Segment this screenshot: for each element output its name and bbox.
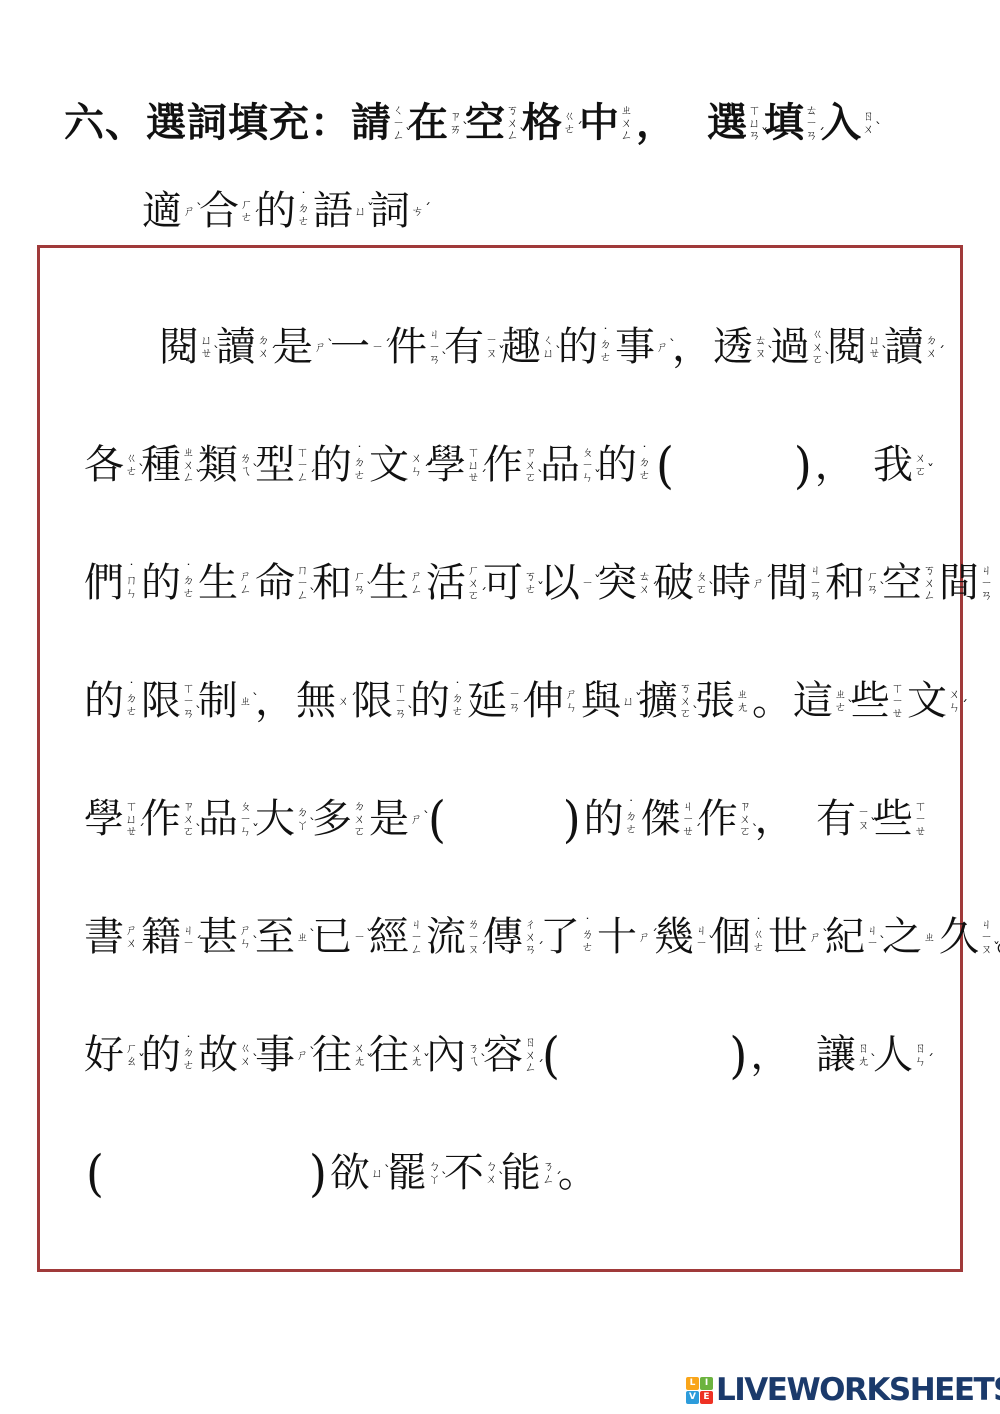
char-unit: 間ㄐㄧㄢ xyxy=(768,561,824,605)
char-unit: 無ㄨˊ xyxy=(296,679,352,723)
tone-mark: ˇ xyxy=(761,128,768,142)
zhuyin-annotation: ㄩㄝˋ xyxy=(868,334,881,359)
han-char: 容 xyxy=(483,1033,523,1077)
logo-tile-i: I xyxy=(700,1377,713,1390)
paren-unit: ( xyxy=(540,1030,562,1081)
han-char: 學 xyxy=(426,443,466,487)
tone-mark: ˋ xyxy=(519,128,526,142)
char-unit: ， xyxy=(815,443,855,487)
zhuyin-annotation: ㄖㄨㄥˊ xyxy=(524,1036,537,1074)
char-unit: 張ㄓㄤ xyxy=(695,679,751,723)
char-unit: 故ㄍㄨˋ xyxy=(198,1033,254,1077)
zhuyin-annotation: ㄨㄣˊ xyxy=(410,452,423,477)
char-unit: 是ㄕˋ xyxy=(369,797,425,841)
zhuyin-annotation: ㄒㄩㄝˊ xyxy=(467,446,480,484)
han-char: 作 xyxy=(141,797,181,841)
char-unit: 作ㄗㄨㄛˋ xyxy=(483,443,539,487)
tone-mark: ˊ xyxy=(384,339,391,353)
char-unit: 容ㄖㄨㄥˊ xyxy=(483,1033,539,1077)
han-char: 不 xyxy=(444,1151,484,1195)
han-char: 大 xyxy=(255,797,295,841)
zhuyin-annotation: ㄓˋ xyxy=(239,695,252,708)
zhuyin-annotation: ㄨˊ xyxy=(337,695,350,708)
char-unit: 至ㄓˋ xyxy=(255,915,311,959)
title-line-2: 適ㄕˋ合ㄏㄜˊ的˙ㄉㄜ語ㄩˇ詞ㄘˊ xyxy=(142,180,427,242)
tone-mark: ˇ xyxy=(366,929,373,943)
zhuyin-annotation: ㄧˇ xyxy=(581,577,594,590)
zhuyin-annotation: ˙ㄉㄜ xyxy=(451,685,464,717)
zhuyin-annotation: ㄖㄣˊ xyxy=(914,1042,927,1067)
char-unit: 讓ㄖㄤˋ xyxy=(816,1033,872,1077)
han-char: 讀 xyxy=(884,325,924,369)
han-char: 延 xyxy=(467,679,507,723)
char-unit: 的˙ㄉㄜ xyxy=(558,325,614,369)
han-char: 經 xyxy=(369,915,409,959)
han-char: 空 xyxy=(882,561,922,605)
logo-tile-l: L xyxy=(686,1377,699,1390)
zhuyin-annotation: ㄖㄨˋ xyxy=(862,110,875,135)
han-char: 十 xyxy=(597,915,637,959)
zhuyin-annotation: ㄐㄧˊ xyxy=(182,924,195,949)
zhuyin-annotation: ㄕㄥ xyxy=(239,570,252,595)
han-char: 往 xyxy=(312,1033,352,1077)
han-char: 傑 xyxy=(641,797,681,841)
han-char: 過 xyxy=(770,325,810,369)
han-char: 是 xyxy=(369,797,409,841)
zhuyin-annotation: ㄓㄜˋ xyxy=(834,688,847,713)
han-char: 突 xyxy=(597,561,637,605)
zhuyin-annotation: ㄨㄤˇ xyxy=(410,1042,423,1067)
tone-mark: ˇ xyxy=(138,1054,145,1068)
zhuyin-annotation: ˙ㄉㄜ xyxy=(625,803,638,835)
char-unit: 各ㄍㄜˋ xyxy=(84,443,140,487)
tone-mark: ˋ xyxy=(824,352,831,366)
han-char: 。 xyxy=(558,1151,598,1195)
char-unit: 閱ㄩㄝˋ xyxy=(159,325,215,369)
zhuyin-annotation: ㄔㄨㄢˊ xyxy=(524,918,537,956)
tone-mark: ˊ xyxy=(818,128,825,142)
char-unit: 充 xyxy=(269,101,309,145)
zhuyin-annotation: ˙ㄉㄜ xyxy=(353,449,366,481)
char-unit: 命ㄇㄧㄥˋ xyxy=(255,561,311,605)
zhuyin-annotation: ㄓˋ xyxy=(296,931,309,944)
han-char: 詞 xyxy=(187,101,227,145)
zhuyin-annotation: ㄌㄟˋ xyxy=(239,452,252,477)
zhuyin-annotation: ㄏㄨㄛˊ xyxy=(467,564,480,602)
zhuyin-annotation: ㄕˋ xyxy=(314,341,327,354)
han-char: 是 xyxy=(273,325,313,369)
char-unit: 制ㄓˋ xyxy=(198,679,254,723)
han-char: 六 xyxy=(64,101,104,145)
han-char: 以 xyxy=(540,561,580,605)
char-unit: 經ㄐㄧㄥ xyxy=(369,915,425,959)
zhuyin-annotation: ㄏㄢˋ xyxy=(866,570,879,595)
char-unit: 語ㄩˇ xyxy=(313,189,369,233)
paren-unit: ( xyxy=(426,794,448,845)
char-unit: 學ㄒㄩㄝˊ xyxy=(84,797,140,841)
tone-mark: ˋ xyxy=(875,122,882,136)
liveworksheets-logo[interactable]: LIVE LIVEWORKSHEETS xyxy=(686,1372,1000,1408)
zhuyin-annotation: ㄆㄛˋ xyxy=(695,570,708,595)
char-unit: 件ㄐㄧㄢˋ xyxy=(387,325,443,369)
han-char: 有 xyxy=(816,797,856,841)
char-unit: 人ㄖㄣˊ xyxy=(873,1033,929,1077)
char-unit: 入ㄖㄨˋ xyxy=(821,101,877,145)
char-unit: 。 xyxy=(752,679,792,723)
han-char: 選 xyxy=(707,101,747,145)
char-unit: 文ㄨㄣˊ xyxy=(907,679,963,723)
zhuyin-annotation: ㄍㄜˋ xyxy=(125,452,138,477)
han-char: 間 xyxy=(768,561,808,605)
han-char: 事 xyxy=(615,325,655,369)
han-char: 罷 xyxy=(387,1151,427,1195)
blank-paren: ( xyxy=(84,1146,106,1201)
han-char: 作 xyxy=(483,443,523,487)
han-char: 的 xyxy=(84,679,124,723)
zhuyin-annotation: ㄎㄨㄥ xyxy=(923,564,936,602)
han-char: 欲 xyxy=(330,1151,370,1195)
tone-mark: ˇ xyxy=(708,936,715,950)
han-char: 透 xyxy=(713,325,753,369)
han-char: 這 xyxy=(793,679,833,723)
zhuyin-annotation: ㄐㄧㄥ xyxy=(410,918,423,956)
han-char: 活 xyxy=(426,561,466,605)
han-char: 內 xyxy=(426,1033,466,1077)
han-char: 請 xyxy=(351,101,391,145)
passage-line: 閱ㄩㄝˋ讀ㄉㄨˊ是ㄕˋ一ㄧˊ件ㄐㄧㄢˋ有ㄧㄡˇ趣ㄑㄩˋ的˙ㄉㄜ事ㄕˋ，透ㄊㄡˋ過… xyxy=(84,288,930,406)
tone-mark: ˋ xyxy=(847,700,854,714)
passage-line: 好ㄏㄠˇ的˙ㄉㄜ故ㄍㄨˋ事ㄕˋ往ㄨㄤˇ往ㄨㄤˇ內ㄋㄟˋ容ㄖㄨㄥˊ()，讓ㄖㄤˋ人… xyxy=(84,996,930,1114)
paren-unit: ) xyxy=(792,440,814,491)
han-char: 品 xyxy=(198,797,238,841)
answer-blank[interactable] xyxy=(677,443,792,487)
char-unit: 傳ㄔㄨㄢˊ xyxy=(483,915,539,959)
char-unit: 可ㄎㄜˇ xyxy=(483,561,539,605)
zhuyin-annotation: ㄉㄨˊ xyxy=(257,334,270,359)
char-unit: 之ㄓ xyxy=(882,915,938,959)
tone-mark: ˋ xyxy=(870,1054,877,1068)
char-unit: 世ㄕˋ xyxy=(768,915,824,959)
zhuyin-annotation: ㄩˇ xyxy=(354,205,367,218)
han-char: 詞 xyxy=(370,189,410,233)
han-char: 的 xyxy=(141,1033,181,1077)
logo-tile-e: E xyxy=(700,1391,713,1404)
char-unit: 讀ㄉㄨˊ xyxy=(884,325,940,369)
passage-line: 的˙ㄉㄜ限ㄒㄧㄢˋ制ㄓˋ，無ㄨˊ限ㄒㄧㄢˋ的˙ㄉㄜ延ㄧㄢˊ伸ㄕㄣ與ㄩˇ擴ㄎㄨㄛˋ… xyxy=(84,642,930,760)
paren-unit: ) xyxy=(727,1030,749,1081)
tone-mark: ˋ xyxy=(462,122,469,136)
tone-mark: ˋ xyxy=(309,929,316,943)
char-unit: 生ㄕㄥ xyxy=(198,561,254,605)
han-char: 。 xyxy=(752,679,792,723)
han-char: ， xyxy=(755,797,795,841)
zhuyin-annotation: ㄕㄥ xyxy=(410,570,423,595)
zhuyin-annotation: ㄒㄧㄝ xyxy=(891,682,904,720)
char-unit: 以ㄧˇ xyxy=(540,561,596,605)
char-unit: ： xyxy=(310,101,350,145)
han-char: 能 xyxy=(501,1151,541,1195)
char-unit: 我ㄨㄛˇ xyxy=(873,443,929,487)
zhuyin-annotation: ㄕˋ xyxy=(296,1049,309,1062)
char-unit: 在ㄗㄞˋ xyxy=(408,101,464,145)
logo-tile-v: V xyxy=(686,1391,699,1404)
han-char: 至 xyxy=(255,915,295,959)
zhuyin-annotation: ㄎㄨㄥˋ xyxy=(506,104,519,142)
han-char: 的 xyxy=(141,561,181,605)
zhuyin-annotation: ㄨㄛˇ xyxy=(914,452,927,477)
char-unit: 個˙ㄍㄜ xyxy=(711,915,767,959)
tone-mark: ˊ xyxy=(695,824,702,838)
title-line-1: 六、選詞填充：請ㄑㄧㄥˇ在ㄗㄞˋ空ㄎㄨㄥˋ格ㄍㄜˊ中ㄓㄨㄥ，選ㄒㄩㄢˇ填ㄊㄧㄢˊ… xyxy=(64,92,878,154)
zhuyin-annotation: ㄩㄝˋ xyxy=(200,334,213,359)
han-char: 入 xyxy=(821,101,861,145)
char-unit: 型ㄒㄧㄥˊ xyxy=(255,443,311,487)
answer-blank[interactable] xyxy=(563,1033,727,1077)
char-unit: 擴ㄎㄨㄛˋ xyxy=(638,679,694,723)
tone-mark: ˋ xyxy=(752,824,759,838)
tone-mark: ˇ xyxy=(993,942,1000,956)
tone-mark: ˋ xyxy=(879,936,886,950)
answer-blank[interactable] xyxy=(107,1151,307,1195)
han-char: 些 xyxy=(850,679,890,723)
zhuyin-annotation: ㄌㄧㄡˊ xyxy=(467,918,480,956)
char-unit: 和ㄏㄢˋ xyxy=(312,561,368,605)
char-unit: 格ㄍㄜˊ xyxy=(522,101,578,145)
char-unit: 多ㄉㄨㄛ xyxy=(312,797,368,841)
han-char: 的 xyxy=(558,325,598,369)
zhuyin-annotation: ㄒㄧㄢˋ xyxy=(394,682,407,720)
zhuyin-annotation: ㄕˋ xyxy=(809,931,822,944)
tone-mark: ˊ xyxy=(765,575,772,589)
han-char: 類 xyxy=(198,443,238,487)
char-unit: 破ㄆㄛˋ xyxy=(654,561,710,605)
tone-mark: ˇ xyxy=(405,128,412,142)
char-unit: 幾ㄐㄧˇ xyxy=(654,915,710,959)
tone-mark: ˇ xyxy=(367,203,374,217)
zhuyin-annotation: ˙ㄌㄜ xyxy=(581,921,594,953)
tone-mark: ˊ xyxy=(253,210,260,224)
char-unit: 突ㄊㄨˊ xyxy=(597,561,653,605)
tone-mark: ˋ xyxy=(252,936,259,950)
char-unit: 填 xyxy=(228,101,268,145)
tone-mark: ˇ xyxy=(927,464,934,478)
zhuyin-annotation: ㄐㄧㄢ xyxy=(980,564,993,602)
zhuyin-annotation: ㄑㄩˋ xyxy=(542,334,555,359)
char-unit: 伸ㄕㄣ xyxy=(524,679,580,723)
word-space xyxy=(791,1050,816,1060)
tone-mark: ˊ xyxy=(424,203,431,217)
han-char: 紀 xyxy=(825,915,865,959)
tone-mark: ˇ xyxy=(252,824,259,838)
zhuyin-annotation: ㄕㄨ xyxy=(125,924,138,949)
zhuyin-annotation: ㄍㄜˊ xyxy=(563,110,576,135)
tone-mark: ˊ xyxy=(927,1054,934,1068)
tone-mark: ˊ xyxy=(270,346,277,360)
tone-mark: ˋ xyxy=(441,352,448,366)
han-char: 之 xyxy=(882,915,922,959)
tone-mark: ˋ xyxy=(822,929,829,943)
char-unit: 選ㄒㄩㄢˇ xyxy=(707,101,763,145)
zhuyin-annotation: ㄧˇ xyxy=(353,931,366,944)
char-unit: 學ㄒㄩㄝˊ xyxy=(426,443,482,487)
zhuyin-annotation: ㄊㄨˊ xyxy=(638,570,651,595)
tone-mark: ˋ xyxy=(309,1047,316,1061)
zhuyin-annotation: ㄉㄚˋ xyxy=(296,806,309,831)
zhuyin-annotation: ㄗㄞˋ xyxy=(449,110,462,135)
char-unit: 品ㄆㄧㄣˇ xyxy=(540,443,596,487)
zhuyin-annotation: ㄨㄤˇ xyxy=(353,1042,366,1067)
tone-mark: ˋ xyxy=(498,1172,505,1186)
blank-paren: ) xyxy=(561,792,583,847)
han-char: 閱 xyxy=(827,325,867,369)
zhuyin-annotation: ˙ㄉㄜ xyxy=(638,449,651,481)
char-unit: 和ㄏㄢˋ xyxy=(825,561,881,605)
passage-line: 書ㄕㄨ籍ㄐㄧˊ甚ㄕㄣˋ至ㄓˋ已ㄧˇ經ㄐㄧㄥ流ㄌㄧㄡˊ傳ㄔㄨㄢˊ了˙ㄌㄜ十ㄕˊ幾ㄐ… xyxy=(84,878,930,996)
han-char: 、 xyxy=(105,101,145,145)
char-unit: 甚ㄕㄣˋ xyxy=(198,915,254,959)
blank-paren: ( xyxy=(540,1028,562,1083)
char-unit: 讀ㄉㄨˊ xyxy=(216,325,272,369)
char-unit: 時ㄕˊ xyxy=(711,561,767,605)
tone-mark: ˋ xyxy=(252,464,259,478)
char-unit: 久ㄐㄧㄡˇ xyxy=(939,915,995,959)
tone-mark: ˋ xyxy=(384,1165,391,1179)
char-unit: 不ㄅㄨˋ xyxy=(444,1151,500,1195)
tone-mark: ˋ xyxy=(195,706,202,720)
tone-mark: ˊ xyxy=(480,942,487,956)
han-char: 語 xyxy=(313,189,353,233)
char-unit: ， xyxy=(755,797,795,841)
zhuyin-annotation: ㄒㄩㄢˇ xyxy=(748,104,761,142)
han-char: 種 xyxy=(141,443,181,487)
passage-line: 各ㄍㄜˋ種ㄓㄨㄥˇ類ㄌㄟˋ型ㄒㄧㄥˊ的˙ㄉㄜ文ㄨㄣˊ學ㄒㄩㄝˊ作ㄗㄨㄛˋ品ㄆㄧㄣ… xyxy=(84,406,930,524)
han-char: 合 xyxy=(199,189,239,233)
tone-mark: ˊ xyxy=(576,122,583,136)
char-unit: 事ㄕˋ xyxy=(255,1033,311,1077)
zhuyin-annotation: ˙ㄉㄜ xyxy=(297,195,310,227)
han-char: 作 xyxy=(698,797,738,841)
han-char: 些 xyxy=(873,797,913,841)
zhuyin-annotation: ㄏㄢˋ xyxy=(353,570,366,595)
zhuyin-annotation: ㄕˋ xyxy=(656,341,669,354)
char-unit: 與ㄩˇ xyxy=(581,679,637,723)
han-char: 我 xyxy=(873,443,913,487)
char-unit: 類ㄌㄟˋ xyxy=(198,443,254,487)
zhuyin-annotation: ㄗㄨㄛˋ xyxy=(524,446,537,484)
zhuyin-annotation: ㄧㄢˊ xyxy=(508,688,521,713)
liveworksheets-icon: LIVE xyxy=(686,1377,713,1404)
zhuyin-annotation: ㄧˊ xyxy=(371,341,384,354)
passage-line: 學ㄒㄩㄝˊ作ㄗㄨㄛˋ品ㄆㄧㄣˇ大ㄉㄚˋ多ㄉㄨㄛ是ㄕˋ()的˙ㄉㄜ傑ㄐㄧㄝˊ作ㄗㄨ… xyxy=(84,760,930,878)
char-unit: 趣ㄑㄩˋ xyxy=(501,325,557,369)
tone-mark: ˋ xyxy=(537,470,544,484)
char-unit: 往ㄨㄤˇ xyxy=(369,1033,425,1077)
word-space xyxy=(677,118,707,128)
tone-mark: ˋ xyxy=(366,582,373,596)
char-unit: ， xyxy=(750,1033,790,1077)
tone-mark: ˇ xyxy=(635,693,642,707)
han-char: 限 xyxy=(353,679,393,723)
han-char: 人 xyxy=(873,1033,913,1077)
tone-mark: ˊ xyxy=(138,824,145,838)
han-char: 制 xyxy=(198,679,238,723)
char-unit: 往ㄨㄤˇ xyxy=(312,1033,368,1077)
tone-mark: ˋ xyxy=(555,346,562,360)
tone-mark: ˋ xyxy=(252,693,259,707)
char-unit: 過ㄍㄨㄛˋ xyxy=(770,325,826,369)
char-unit: 詞ㄘˊ xyxy=(370,189,426,233)
char-unit: 適ㄕˋ xyxy=(142,189,198,233)
han-char: 中 xyxy=(579,101,619,145)
zhuyin-annotation: ㄕˋ xyxy=(183,205,196,218)
zhuyin-annotation: ㄐㄧㄡˇ xyxy=(980,918,993,956)
han-char: 好 xyxy=(84,1033,124,1077)
zhuyin-annotation: ㄧㄡˇ xyxy=(485,334,498,359)
char-unit: 、 xyxy=(105,101,145,145)
zhuyin-annotation: ㄆㄧㄣˇ xyxy=(239,800,252,838)
han-char: ， xyxy=(636,101,676,145)
zhuyin-annotation: ㄧㄡˇ xyxy=(857,806,870,831)
han-char: 間 xyxy=(939,561,979,605)
zhuyin-annotation: ㄆㄧㄣˇ xyxy=(581,446,594,484)
zhuyin-annotation: ㄇㄧㄥˋ xyxy=(296,564,309,602)
char-unit: 空ㄎㄨㄥˋ xyxy=(465,101,521,145)
char-unit: 文ㄨㄣˊ xyxy=(369,443,425,487)
tone-mark: ˇ xyxy=(594,575,601,589)
zhuyin-annotation: ㄊㄡˋ xyxy=(754,334,767,359)
zhuyin-annotation: ˙ㄉㄜ xyxy=(182,1039,195,1071)
zhuyin-annotation: ㄓㄨㄥ xyxy=(620,104,633,142)
zhuyin-annotation: ㄒㄧㄢˋ xyxy=(182,682,195,720)
han-char: 充 xyxy=(269,101,309,145)
han-char: 生 xyxy=(198,561,238,605)
han-char: 張 xyxy=(695,679,735,723)
char-unit: 空ㄎㄨㄥ xyxy=(882,561,938,605)
tone-mark: ˊ xyxy=(423,464,430,478)
char-unit: 的˙ㄉㄜ xyxy=(410,679,466,723)
char-unit: 透ㄊㄡˋ xyxy=(713,325,769,369)
zhuyin-annotation: ㄓ xyxy=(923,931,936,944)
passage-line: 們˙ㄇㄣ的˙ㄉㄜ生ㄕㄥ命ㄇㄧㄥˋ和ㄏㄢˋ生ㄕㄥ活ㄏㄨㄛˊ可ㄎㄜˇ以ㄧˇ突ㄊㄨˊ破… xyxy=(84,524,930,642)
han-char: ， xyxy=(255,679,295,723)
char-unit: 限ㄒㄧㄢˋ xyxy=(353,679,409,723)
char-unit: 種ㄓㄨㄥˇ xyxy=(141,443,197,487)
zhuyin-annotation: ㄐㄧˇ xyxy=(695,924,708,949)
han-char: 的 xyxy=(584,797,624,841)
han-char: 讓 xyxy=(816,1033,856,1077)
zhuyin-annotation: ㄉㄨˊ xyxy=(925,334,938,359)
char-unit: 好ㄏㄠˇ xyxy=(84,1033,140,1077)
char-unit: 能ㄋㄥˊ xyxy=(501,1151,557,1195)
answer-blank[interactable] xyxy=(449,797,561,841)
han-char: 籍 xyxy=(141,915,181,959)
zhuyin-annotation: ㄕˊ xyxy=(752,577,765,590)
zhuyin-annotation: ㄐㄧㄢ xyxy=(809,564,822,602)
han-char: 的 xyxy=(597,443,637,487)
han-char: 故 xyxy=(198,1033,238,1077)
han-char: 久 xyxy=(939,915,979,959)
han-char: 擴 xyxy=(638,679,678,723)
char-unit: 們˙ㄇㄣ xyxy=(84,561,140,605)
zhuyin-annotation: ㄖㄤˋ xyxy=(857,1042,870,1067)
char-unit: 紀ㄐㄧˋ xyxy=(825,915,881,959)
char-unit: 欲ㄩˋ xyxy=(330,1151,386,1195)
char-unit: 活ㄏㄨㄛˊ xyxy=(426,561,482,605)
zhuyin-annotation: ㄩˇ xyxy=(622,695,635,708)
han-char: 個 xyxy=(711,915,751,959)
word-space xyxy=(856,460,873,470)
char-unit: 是ㄕˋ xyxy=(273,325,329,369)
